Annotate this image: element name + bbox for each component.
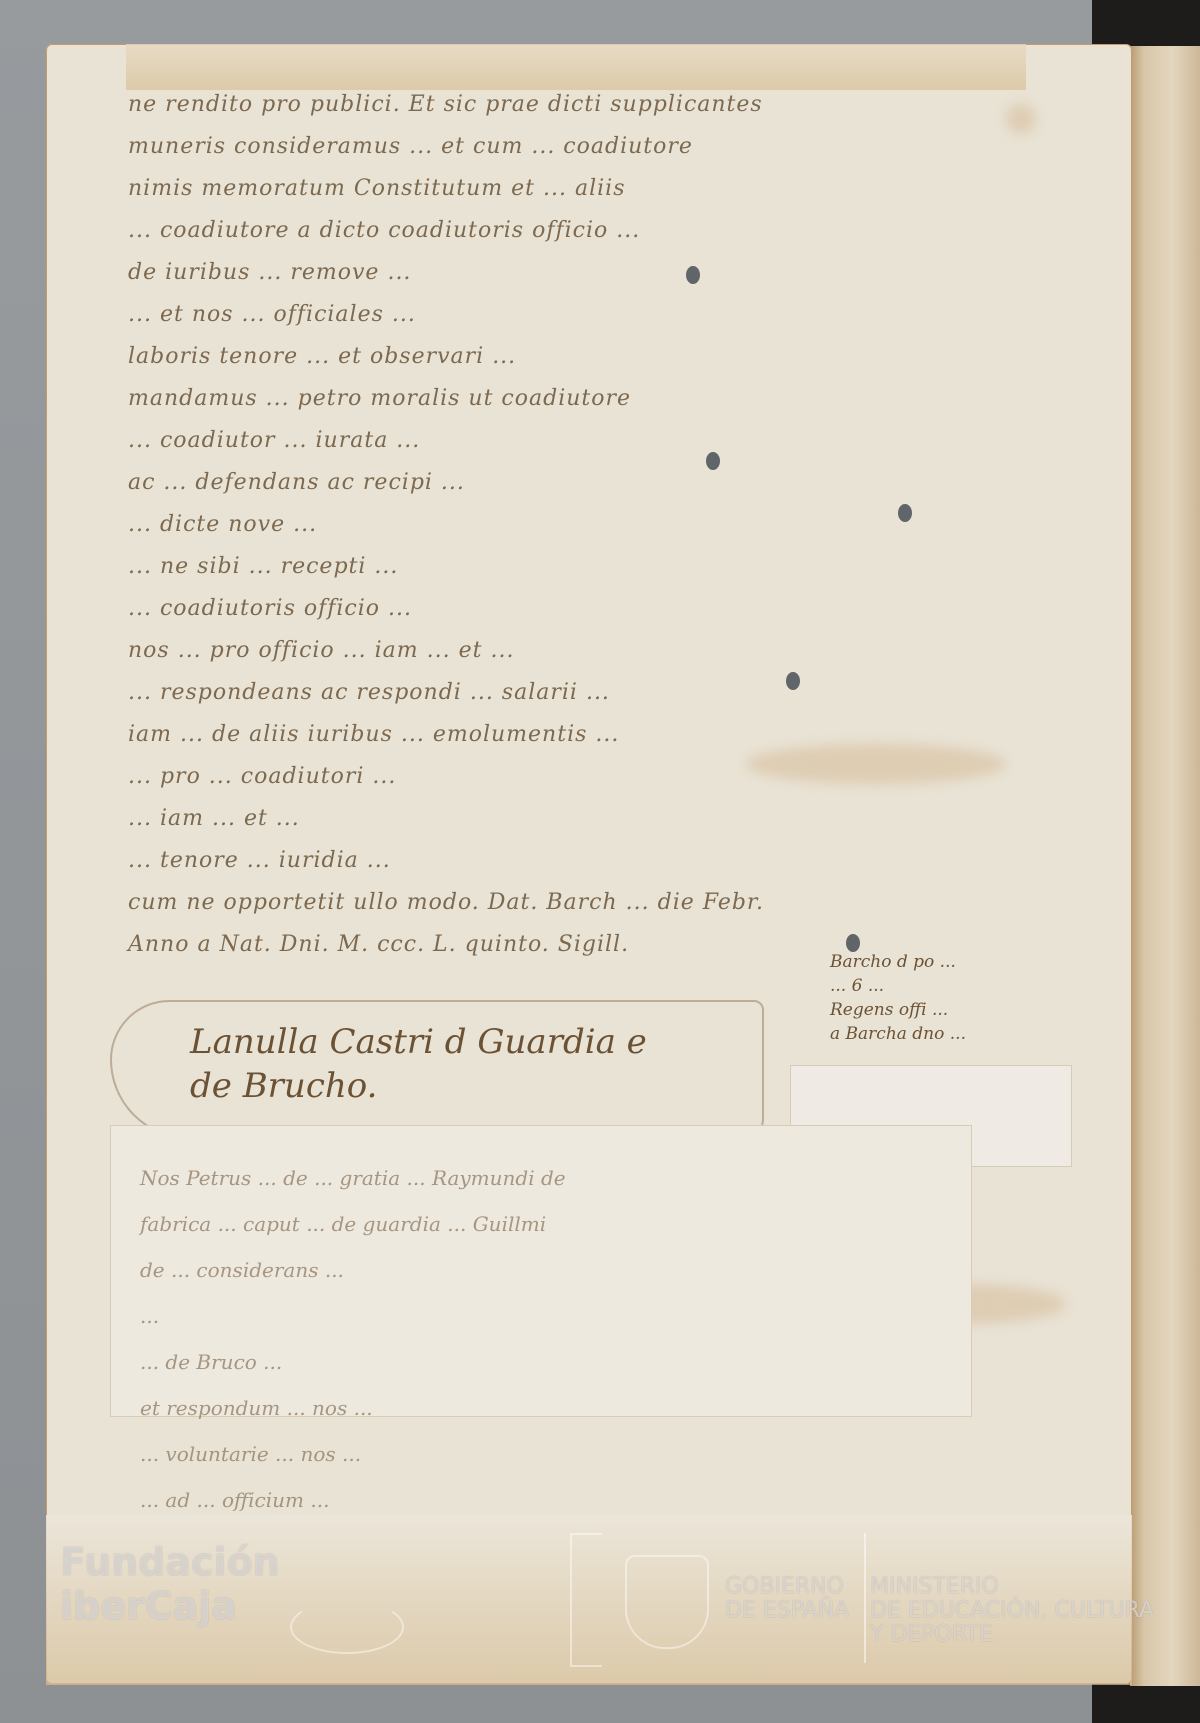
text-line: ... ne sibi ... recepti ... [128, 546, 1028, 588]
text-line: cum ne opportetit ullo modo. Dat. Barch … [128, 882, 1028, 924]
text-line: de ... considerans ... [140, 1247, 566, 1293]
document-heading: Lanulla Castri d Guardia e de Brucho. [190, 1020, 647, 1108]
text-line: nimis memoratum Constitutum et ... aliis [128, 168, 1028, 210]
text-line: nos ... pro officio ... iam ... et ... [128, 630, 1028, 672]
government-bar-icon [570, 1533, 602, 1667]
ministerio-watermark: MINISTERIO DE EDUCACIÓN, CULTURA Y DEPOR… [870, 1575, 1154, 1647]
fundacion-ibercaja-watermark: Fundación iberCaja [60, 1540, 280, 1628]
note-line: a Barcha dno ... [830, 1022, 966, 1046]
text-line: ... iam ... et ... [128, 798, 1028, 840]
heading-line-1: Lanulla Castri d Guardia e [190, 1020, 647, 1064]
watermark-divider [864, 1533, 866, 1663]
text-line: de iuribus ... remove ... [128, 252, 1028, 294]
worm-hole [898, 504, 912, 522]
worm-hole [706, 452, 720, 470]
gobierno-watermark: GOBIERNO DE ESPAÑA [725, 1575, 849, 1623]
text-line: ... tenore ... iuridia ... [128, 840, 1028, 882]
ibercaja-logo-icon [290, 1600, 404, 1654]
text-line: fabrica ... caput ... de guardia ... Gui… [140, 1201, 566, 1247]
note-line: ... 6 ... [830, 974, 966, 998]
worm-hole [686, 266, 700, 284]
text-line: ... coadiutoris officio ... [128, 588, 1028, 630]
text-line: ... coadiutor ... iurata ... [128, 420, 1028, 462]
note-line: Barcho d po ... [830, 950, 966, 974]
main-text: ne rendito pro publici. Et sic prae dict… [128, 84, 1028, 966]
text-line: ... et nos ... officiales ... [128, 294, 1028, 336]
coat-of-arms-icon [625, 1555, 709, 1649]
text-line: ... coadiutore a dicto coadiutoris offic… [128, 210, 1028, 252]
text-line: ... respondeans ac respondi ... salarii … [128, 672, 1028, 714]
text-line: ... pro ... coadiutori ... [128, 756, 1028, 798]
text-line: ... [140, 1293, 566, 1339]
text-line: ... voluntarie ... nos ... [140, 1431, 566, 1477]
text-line: mandamus ... petro moralis ut coadiutore [128, 378, 1028, 420]
text-line: muneris consideramus ... et cum ... coad… [128, 126, 1028, 168]
text-line: Nos Petrus ... de ... gratia ... Raymund… [140, 1155, 566, 1201]
text-line: ne rendito pro publici. Et sic prae dict… [128, 84, 1028, 126]
note-line: Regens offi ... [830, 998, 966, 1022]
text-line: et respondum ... nos ... [140, 1385, 566, 1431]
text-line: ac ... defendans ac recipi ... [128, 462, 1028, 504]
adjacent-leaf [1130, 46, 1200, 1686]
text-line: ... de Bruco ... [140, 1339, 566, 1385]
text-line: laboris tenore ... et observari ... [128, 336, 1028, 378]
side-note: Barcho d po ... ... 6 ... Regens offi ..… [830, 950, 966, 1046]
text-line: ... dicte nove ... [128, 504, 1028, 546]
worm-hole [786, 672, 800, 690]
heading-line-2: de Brucho. [190, 1064, 647, 1108]
text-line: iam ... de aliis iuribus ... emolumentis… [128, 714, 1028, 756]
lower-fragment-text: Nos Petrus ... de ... gratia ... Raymund… [140, 1155, 566, 1523]
